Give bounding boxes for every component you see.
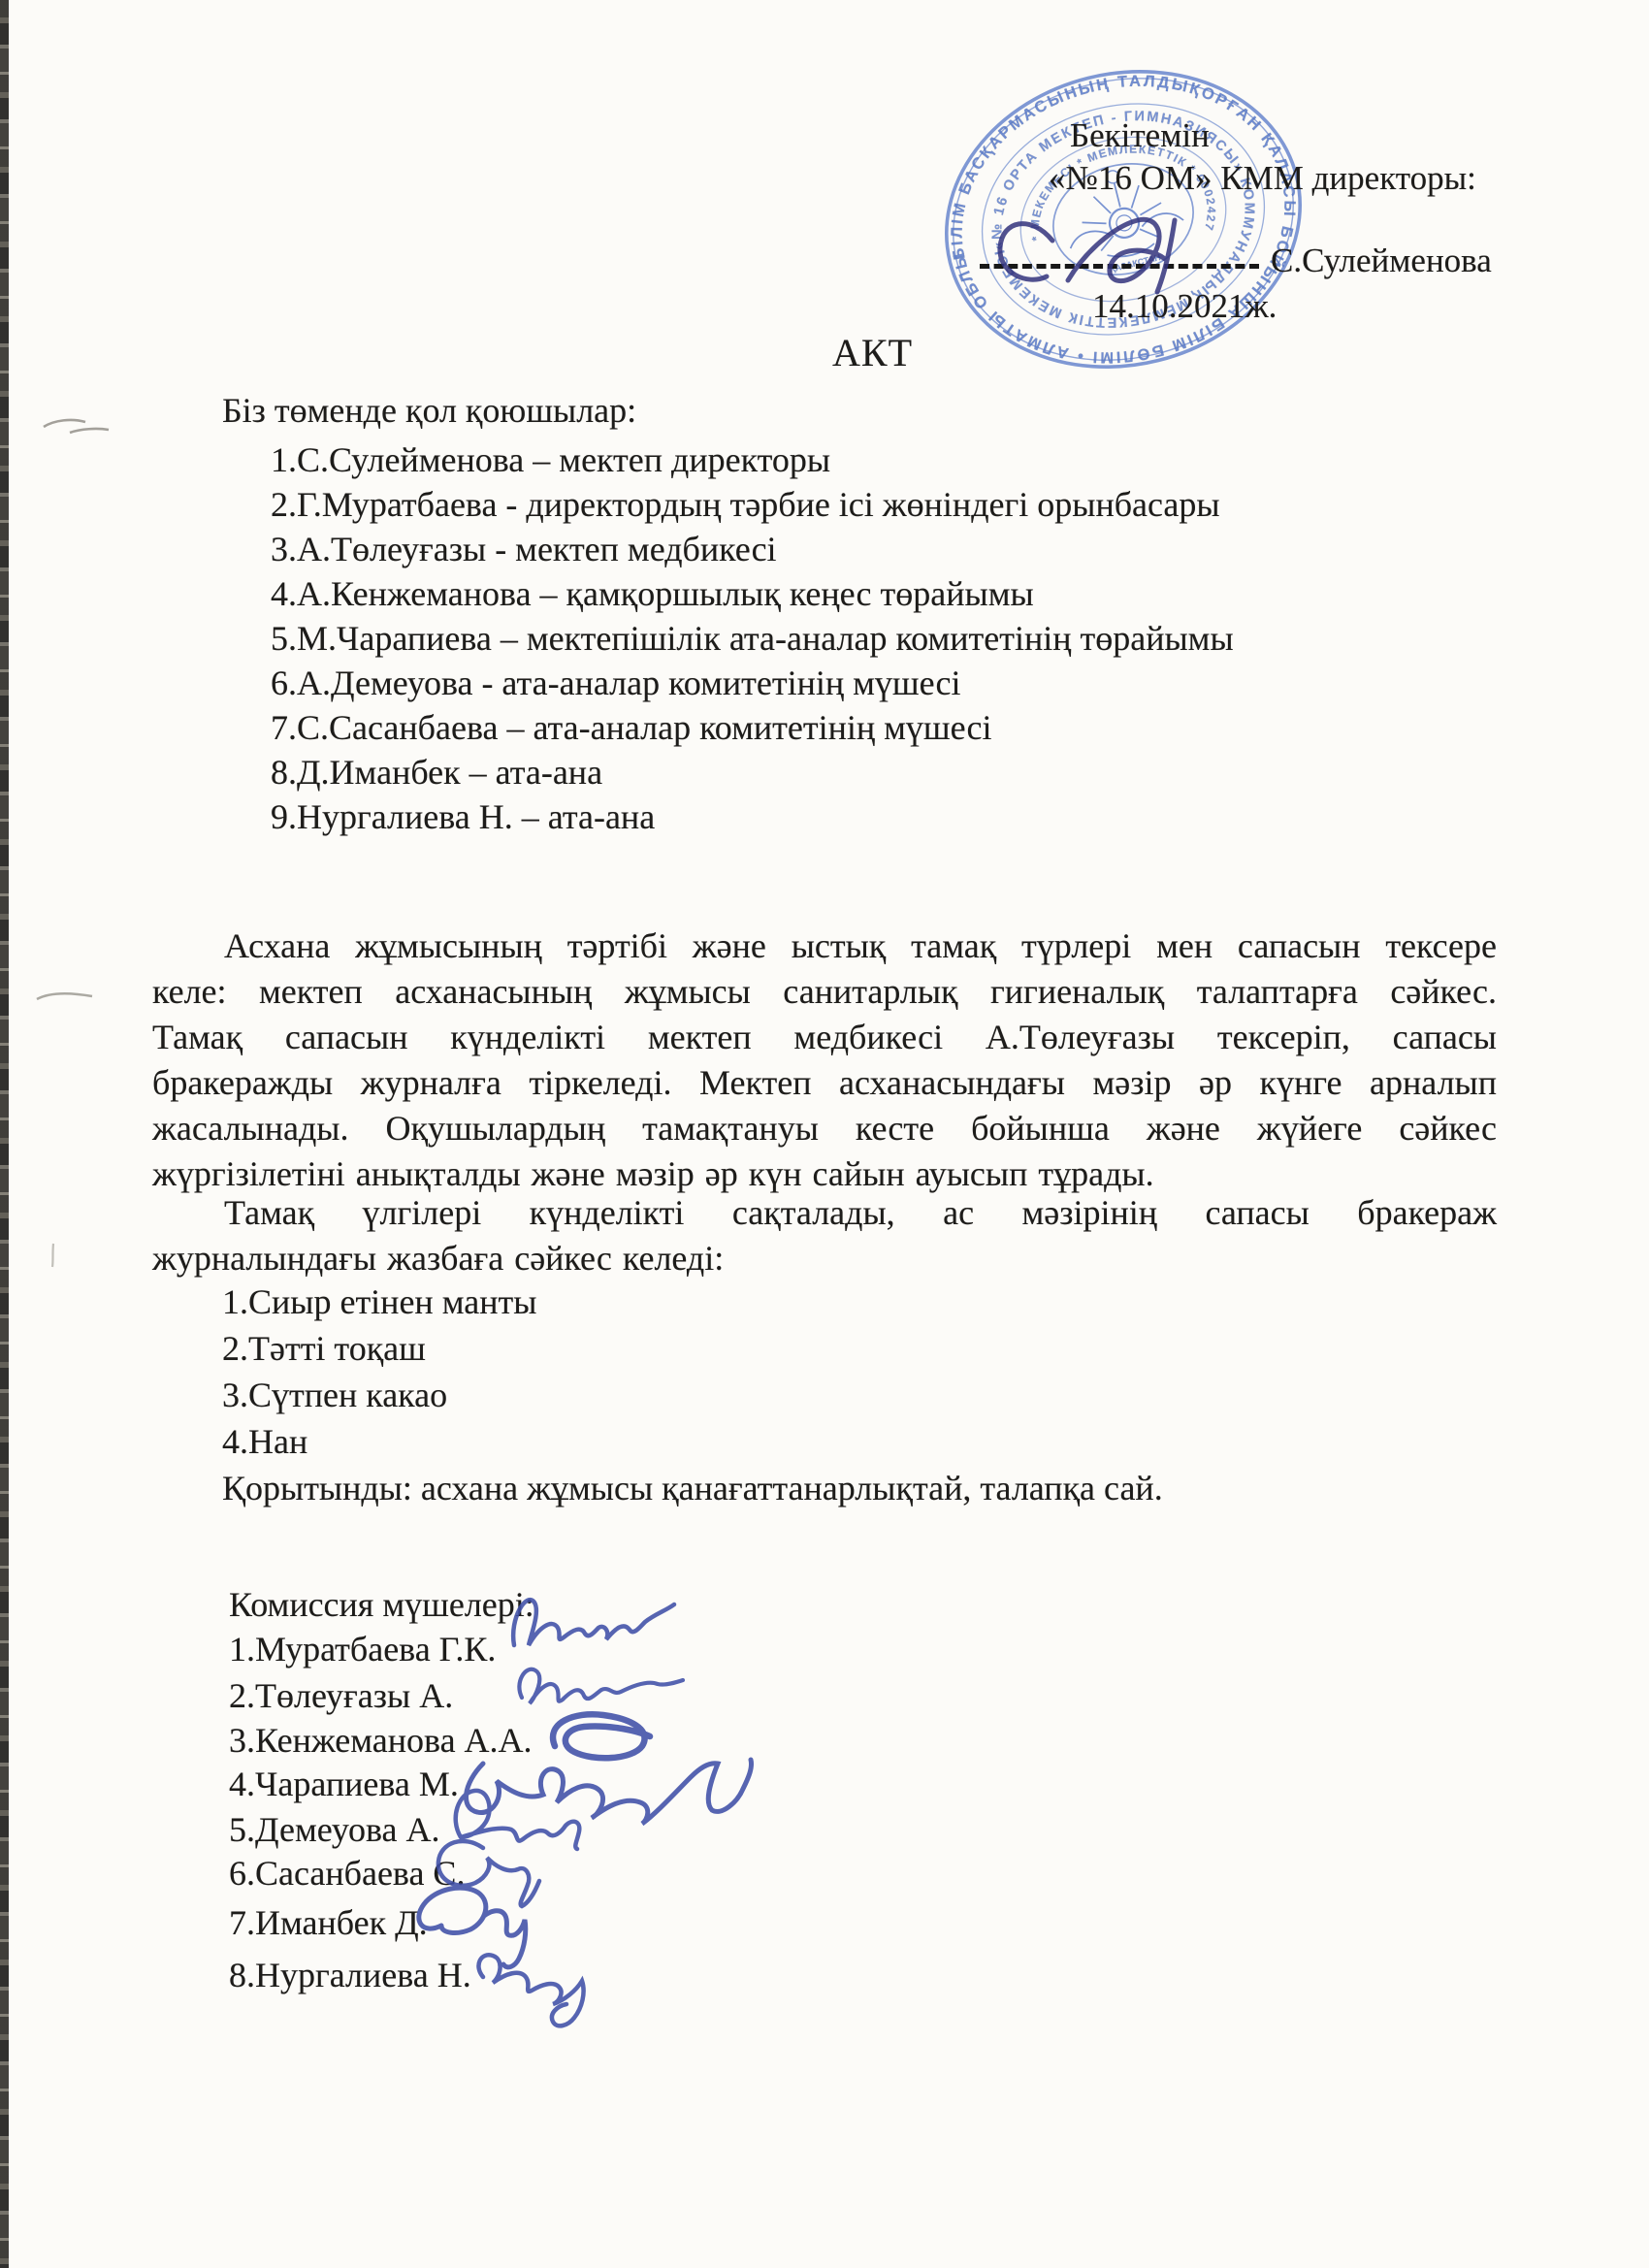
signature-nurgalieva [478, 1955, 583, 2025]
signer-item: 6.А.Демеуова - ата-аналар комитетінің мү… [271, 662, 960, 704]
menu-item: 3.Сүтпен какао [222, 1374, 447, 1416]
pencil-mark [41, 411, 113, 440]
signer-item: 8.Д.Иманбек – ата-ана [271, 751, 602, 794]
signature-imanbek [419, 1888, 526, 1967]
director-signature [985, 187, 1227, 323]
signature-muratbaeva [513, 1600, 674, 1645]
commission-signatures [369, 1547, 824, 2071]
menu-item: 2.Тәтті тоқаш [222, 1327, 426, 1370]
body-line: келе: мектеп асханасының жұмысы санитарл… [152, 970, 1497, 1013]
signer-item: 7.С.Сасанбаева – ата-аналар комитетінің … [271, 706, 991, 749]
signature-kenzhemanova [553, 1714, 650, 1758]
signature-sasanbaeva [438, 1841, 539, 1906]
director-name: С.Сулейменова [1271, 242, 1492, 280]
body-line: жүргізілетіні анықталды және мәзір әр кү… [152, 1152, 1497, 1195]
signer-item: 3.А.Төлеуғазы - мектеп медбикесі [271, 528, 777, 570]
signer-item: 2.Г.Муратбаева - директордың тәрбие ісі … [271, 483, 1220, 526]
body-line: Тамақ үлгілері күнделікті сақталады, ас … [152, 1191, 1497, 1234]
signer-item: 4.А.Кенжеманова – қамқоршылық кеңес төра… [271, 572, 1034, 615]
pencil-mark [35, 988, 97, 1007]
body-line: Асхана жұмысының тәртібі және ыстық тама… [152, 924, 1497, 967]
signer-item: 9.Нургалиева Н. – ата-ана [271, 795, 655, 838]
body-line: Тамақ сапасын күнделікті мектеп медбикес… [152, 1016, 1497, 1058]
menu-item: 4.Нан [222, 1420, 307, 1463]
body-line: жасалынады. Оқушылардың тамақтануы кесте… [152, 1107, 1497, 1150]
conclusion-line: Қорытынды: асхана жұмысы қанағаттанарлық… [222, 1467, 1163, 1509]
signature-toleugazy [519, 1669, 683, 1703]
signer-item: 1.С.Сулейменова – мектеп директоры [271, 438, 830, 481]
signer-item: 5.М.Чарапиева – мектепішілік ата-аналар … [271, 617, 1234, 660]
document-title: АКТ [832, 330, 913, 375]
body-line: бракеражды журналға тіркеледі. Мектеп ас… [152, 1061, 1497, 1104]
signature-charapieva [467, 1760, 752, 1824]
menu-item: 1.Сиыр етінен манты [222, 1280, 536, 1323]
approval-word: Бекітемін [1070, 116, 1210, 155]
intro-line: Біз төменде қол қоюшылар: [222, 389, 636, 432]
pencil-mark [48, 1242, 59, 1269]
body-line: журналындағы жазбаға сәйкес келеді: [152, 1237, 1497, 1280]
scan-edge-strip [0, 0, 9, 2268]
document-page: БІЛІМ БАСҚАРМАСЫНЫҢ ТАЛДЫҚОРҒАН ҚАЛАСЫ Б… [0, 0, 1649, 2268]
